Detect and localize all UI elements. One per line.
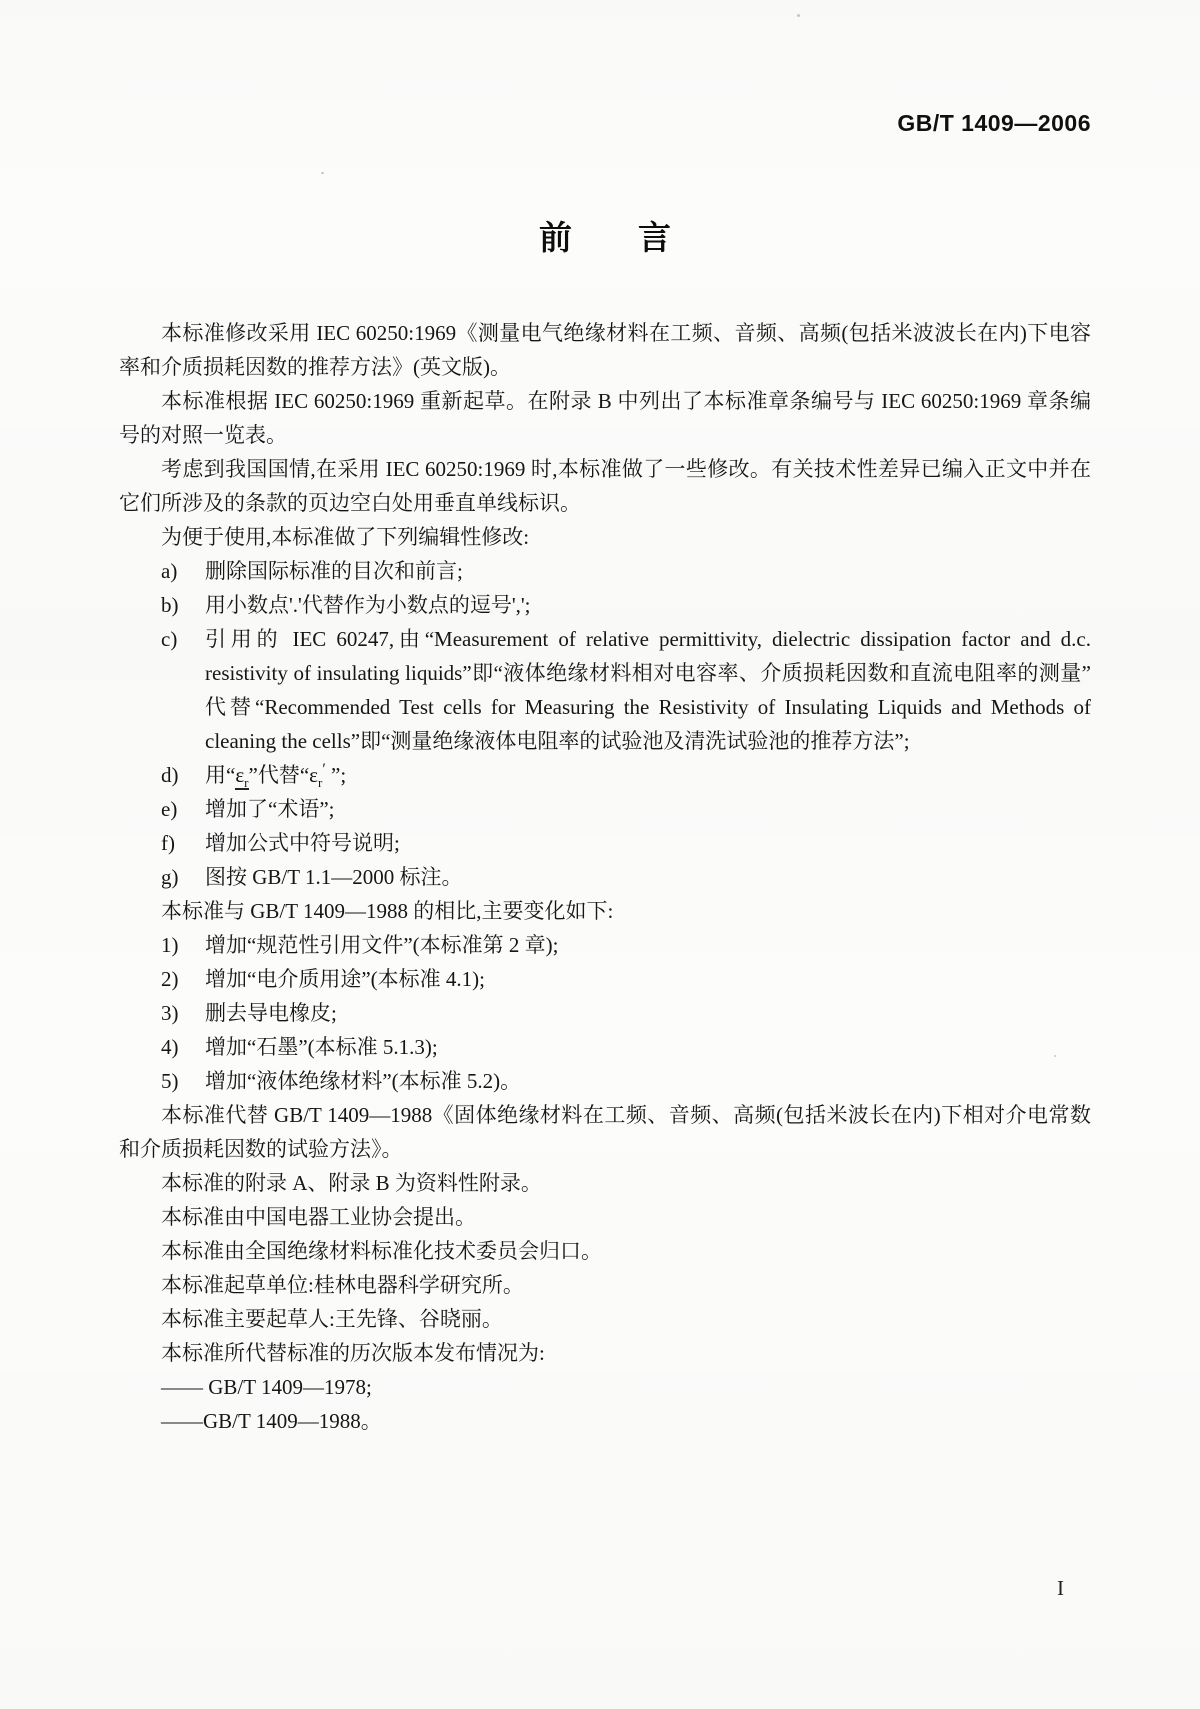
change-item-4-text: 增加“石墨”(本标准 5.1.3); — [205, 1035, 438, 1059]
epsilon-base: ε — [235, 763, 244, 787]
scan-speck — [1054, 1055, 1056, 1057]
foreword-body: 本标准修改采用 IEC 60250:1969《测量电气绝缘材料在工频、音频、高频… — [119, 316, 1091, 1438]
editorial-item-c-text: 引用的 IEC 60247,由“Measurement of relative … — [205, 627, 1091, 753]
document-page: GB/T 1409—2006 前 言 本标准修改采用 IEC 60250:196… — [0, 0, 1200, 1709]
paragraph-drafters: 本标准主要起草人:王先锋、谷晓丽。 — [119, 1302, 1091, 1336]
list-marker-5: 5) — [161, 1064, 179, 1098]
paragraph-drafting-unit: 本标准起草单位:桂林电器科学研究所。 — [119, 1268, 1091, 1302]
list-marker-d: d) — [161, 758, 179, 792]
list-marker-e: e) — [161, 792, 177, 826]
list-marker-2: 2) — [161, 962, 179, 996]
paragraph-annex: 本标准的附录 A、附录 B 为资料性附录。 — [119, 1166, 1091, 1200]
list-marker-a: a) — [161, 554, 177, 588]
list-marker-g: g) — [161, 860, 179, 894]
paragraph-national-conditions: 考虑到我国国情,在采用 IEC 60250:1969 时,本标准做了一些修改。有… — [119, 452, 1091, 520]
editorial-item-g-text: 图按 GB/T 1.1—2000 标注。 — [205, 865, 462, 889]
change-item-3: 3)删去导电橡皮; — [119, 996, 1091, 1030]
editorial-item-a: a)删除国际标准的目次和前言; — [119, 554, 1091, 588]
history-item-1978: —— GB/T 1409—1978; — [119, 1370, 1091, 1404]
change-item-2-text: 增加“电介质用途”(本标准 4.1); — [205, 967, 485, 991]
d-post: ”; — [326, 763, 346, 787]
change-item-4: 4)增加“石墨”(本标准 5.1.3); — [119, 1030, 1091, 1064]
editorial-item-f: f)增加公式中符号说明; — [119, 826, 1091, 860]
d-pre: 用“ — [205, 763, 235, 787]
editorial-item-c: c)引用的 IEC 60247,由“Measurement of relativ… — [119, 622, 1091, 758]
change-item-3-text: 删去导电橡皮; — [205, 1001, 337, 1025]
change-item-1: 1)增加“规范性引用文件”(本标准第 2 章); — [119, 928, 1091, 962]
editorial-item-d: d)用“εr”代替“εr′ ”; — [119, 758, 1091, 792]
scan-speck — [321, 172, 324, 174]
editorial-item-e-text: 增加了“术语”; — [205, 797, 334, 821]
editorial-item-b: b)用小数点'.'代替作为小数点的逗号','; — [119, 588, 1091, 622]
editorial-item-e: e)增加了“术语”; — [119, 792, 1091, 826]
standard-code-header: GB/T 1409—2006 — [119, 110, 1091, 137]
paragraph-redraft: 本标准根据 IEC 60250:1969 重新起草。在附录 B 中列出了本标准章… — [119, 384, 1091, 452]
list-marker-c: c) — [161, 622, 177, 656]
editorial-item-b-text: 用小数点'.'代替作为小数点的逗号','; — [205, 593, 530, 617]
list-marker-4: 4) — [161, 1030, 179, 1064]
list-marker-1: 1) — [161, 928, 179, 962]
d-mid: ”代替“ — [249, 763, 310, 787]
page-title: 前 言 — [119, 212, 1091, 259]
list-marker-f: f) — [161, 826, 175, 860]
paragraph-centralized-by: 本标准由全国绝缘材料标准化技术委员会归口。 — [119, 1234, 1091, 1268]
epsilon-base: ε — [309, 763, 318, 787]
change-item-5-text: 增加“液体绝缘材料”(本标准 5.2)。 — [205, 1069, 521, 1093]
paragraph-adoption: 本标准修改采用 IEC 60250:1969《测量电气绝缘材料在工频、音频、高频… — [119, 316, 1091, 384]
paragraph-replaces: 本标准代替 GB/T 1409—1988《固体绝缘材料在工频、音频、高频(包括米… — [119, 1098, 1091, 1166]
editorial-item-f-text: 增加公式中符号说明; — [205, 831, 400, 855]
change-item-5: 5)增加“液体绝缘材料”(本标准 5.2)。 — [119, 1064, 1091, 1098]
paragraph-editorial-intro: 为便于使用,本标准做了下列编辑性修改: — [119, 520, 1091, 554]
editorial-item-a-text: 删除国际标准的目次和前言; — [205, 559, 463, 583]
history-item-1988: ——GB/T 1409—1988。 — [119, 1404, 1091, 1438]
editorial-item-d-text: 用“εr”代替“εr′ ”; — [205, 763, 346, 790]
epsilon-r-symbol-old: εr′ — [309, 763, 326, 787]
paragraph-proposed-by: 本标准由中国电器工业协会提出。 — [119, 1200, 1091, 1234]
page-number: I — [1057, 1576, 1064, 1601]
paragraph-changes-intro: 本标准与 GB/T 1409—1988 的相比,主要变化如下: — [119, 894, 1091, 928]
scan-speck — [797, 14, 800, 17]
list-marker-b: b) — [161, 588, 179, 622]
change-item-2: 2)增加“电介质用途”(本标准 4.1); — [119, 962, 1091, 996]
paragraph-history-intro: 本标准所代替标准的历次版本发布情况为: — [119, 1336, 1091, 1370]
editorial-item-g: g)图按 GB/T 1.1—2000 标注。 — [119, 860, 1091, 894]
epsilon-r-symbol-new: εr — [235, 763, 248, 790]
change-item-1-text: 增加“规范性引用文件”(本标准第 2 章); — [205, 933, 558, 957]
list-marker-3: 3) — [161, 996, 179, 1030]
